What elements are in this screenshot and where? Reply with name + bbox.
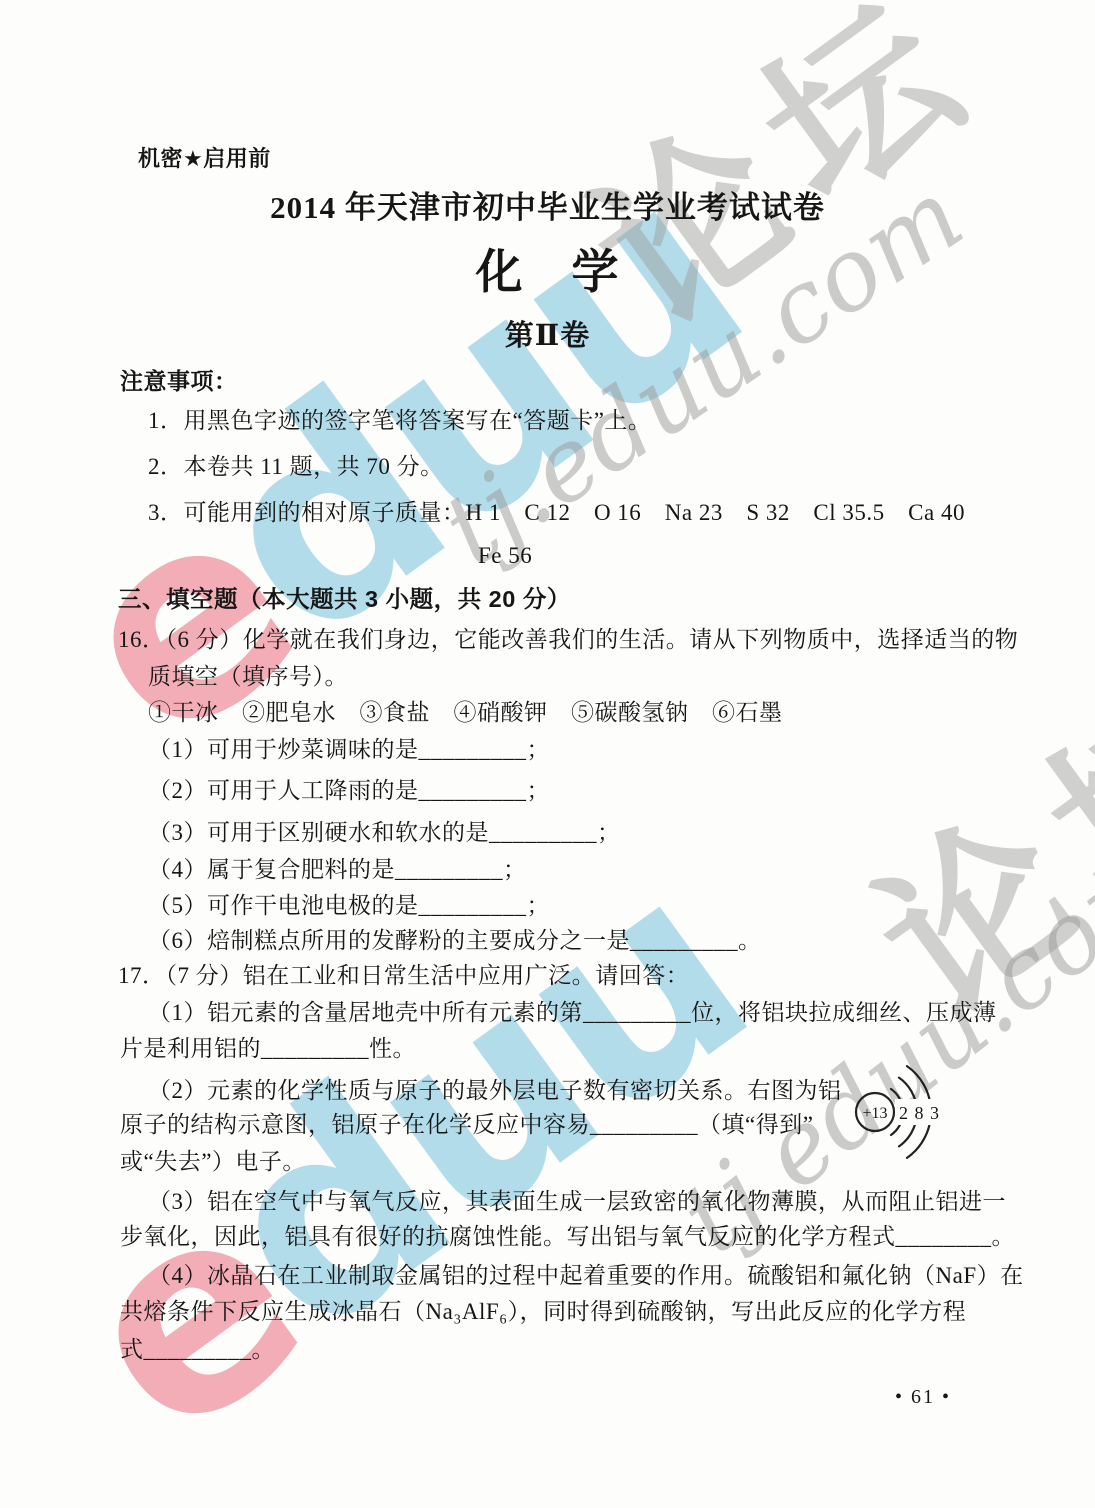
page-number: • 61 • [895, 1386, 951, 1409]
security-classification: 机密★启用前 [138, 146, 271, 171]
exam-title: 2014 年天津市初中毕业生学业考试试卷 [0, 190, 1095, 226]
nucleus-charge-label: +13 [862, 1105, 887, 1122]
q17-part3-line-2: 步氧化，因此，铝具有很好的抗腐蚀性能。写出铝与氧气反应的化学方程式_______… [120, 1224, 1015, 1250]
q17-part4-line-1: （4）冰晶石在工业制取金属铝的过程中起着重要的作用。硫酸铝和氟化钠（NaF）在 [148, 1263, 1024, 1289]
q17-part4-line-3: 式_________。 [120, 1337, 275, 1363]
q17-part1-line-1: （1）铝元素的含量居地壳中所有元素的第_________位，将铝块拉成细丝、压成… [148, 1000, 997, 1026]
notice-item-2: 2．本卷共 11 题，共 70 分。 [148, 454, 444, 480]
q16-stem-line-2: 质填空（填序号）。 [148, 664, 348, 690]
q17-part1-line-2: 片是利用铝的_________性。 [120, 1036, 416, 1062]
notice-item-1: 1．用黑色字迹的签字笔将答案写在“答题卡”上。 [148, 408, 651, 434]
q16-blank-item-2: （2）可用于人工降雨的是_________； [148, 778, 550, 804]
subject-title: 化 学 [0, 246, 1095, 300]
q16-blank-item-3: （3）可用于区别硬水和软水的是_________； [148, 820, 621, 846]
q16-blank-item-4: （4）属于复合肥料的是_________； [148, 857, 527, 883]
q17-part4-line-2: 共熔条件下反应生成冰晶石（Na₃AlF₆），同时得到硫酸钠，写出此反应的化学方程 [120, 1299, 966, 1325]
notice-item-3: 3．可能用到的相对原子质量：H 1 C 12 O 16 Na 23 S 32 C… [148, 500, 965, 526]
q16-blank-item-5: （5）可作干电池电极的是_________； [148, 893, 550, 919]
q16-blank-item-6: （6）焙制糕点所用的发酵粉的主要成分之一是_________。 [148, 928, 762, 954]
volume-title: 第Ⅱ卷 [0, 320, 1095, 353]
watermark-forum-text: 论坛 [852, 655, 1095, 1043]
q17-part2-line-1: （2）元素的化学性质与原子的最外层电子数有密切关系。右图为铝 [148, 1078, 842, 1104]
electron-shell-counts: 2 8 3 [899, 1103, 940, 1123]
q16-stem-line-1: 16．（6 分）化学就在我们身边，它能改善我们的生活。请从下列物质中，选择适当的… [118, 627, 1018, 653]
q16-blank-item-1: （1）可用于炒菜调味的是_________； [148, 737, 550, 763]
q17-part2-line-2: 原子的结构示意图，铝原子在化学反应中容易_________（填“得到” [120, 1112, 813, 1138]
q17-stem: 17．（7 分）铝在工业和日常生活中应用广泛。请回答： [118, 963, 689, 989]
aluminum-atom-structure-diagram: +13 2 8 3 [843, 1046, 963, 1176]
q17-part3-line-1: （3）铝在空气中与氧气反应，其表面生成一层致密的氧化物薄膜，从而阻止铝进一 [148, 1189, 1006, 1215]
section-heading: 三、填空题（本大题共 3 小题，共 20 分） [118, 586, 571, 613]
notice-item-3-continued: Fe 56 [478, 543, 532, 569]
exam-paper-page: eduu 论坛 tj.eduu.com eduu 论坛 tj.eduu.com … [0, 0, 1095, 1508]
notice-heading: 注意事项： [120, 368, 238, 394]
q16-substance-options: ①干冰 ②肥皂水 ③食盐 ④硝酸钾 ⑤碳酸氢钠 ⑥石墨 [148, 700, 783, 726]
q17-part2-line-3: 或“失去”）电子。 [120, 1149, 306, 1175]
